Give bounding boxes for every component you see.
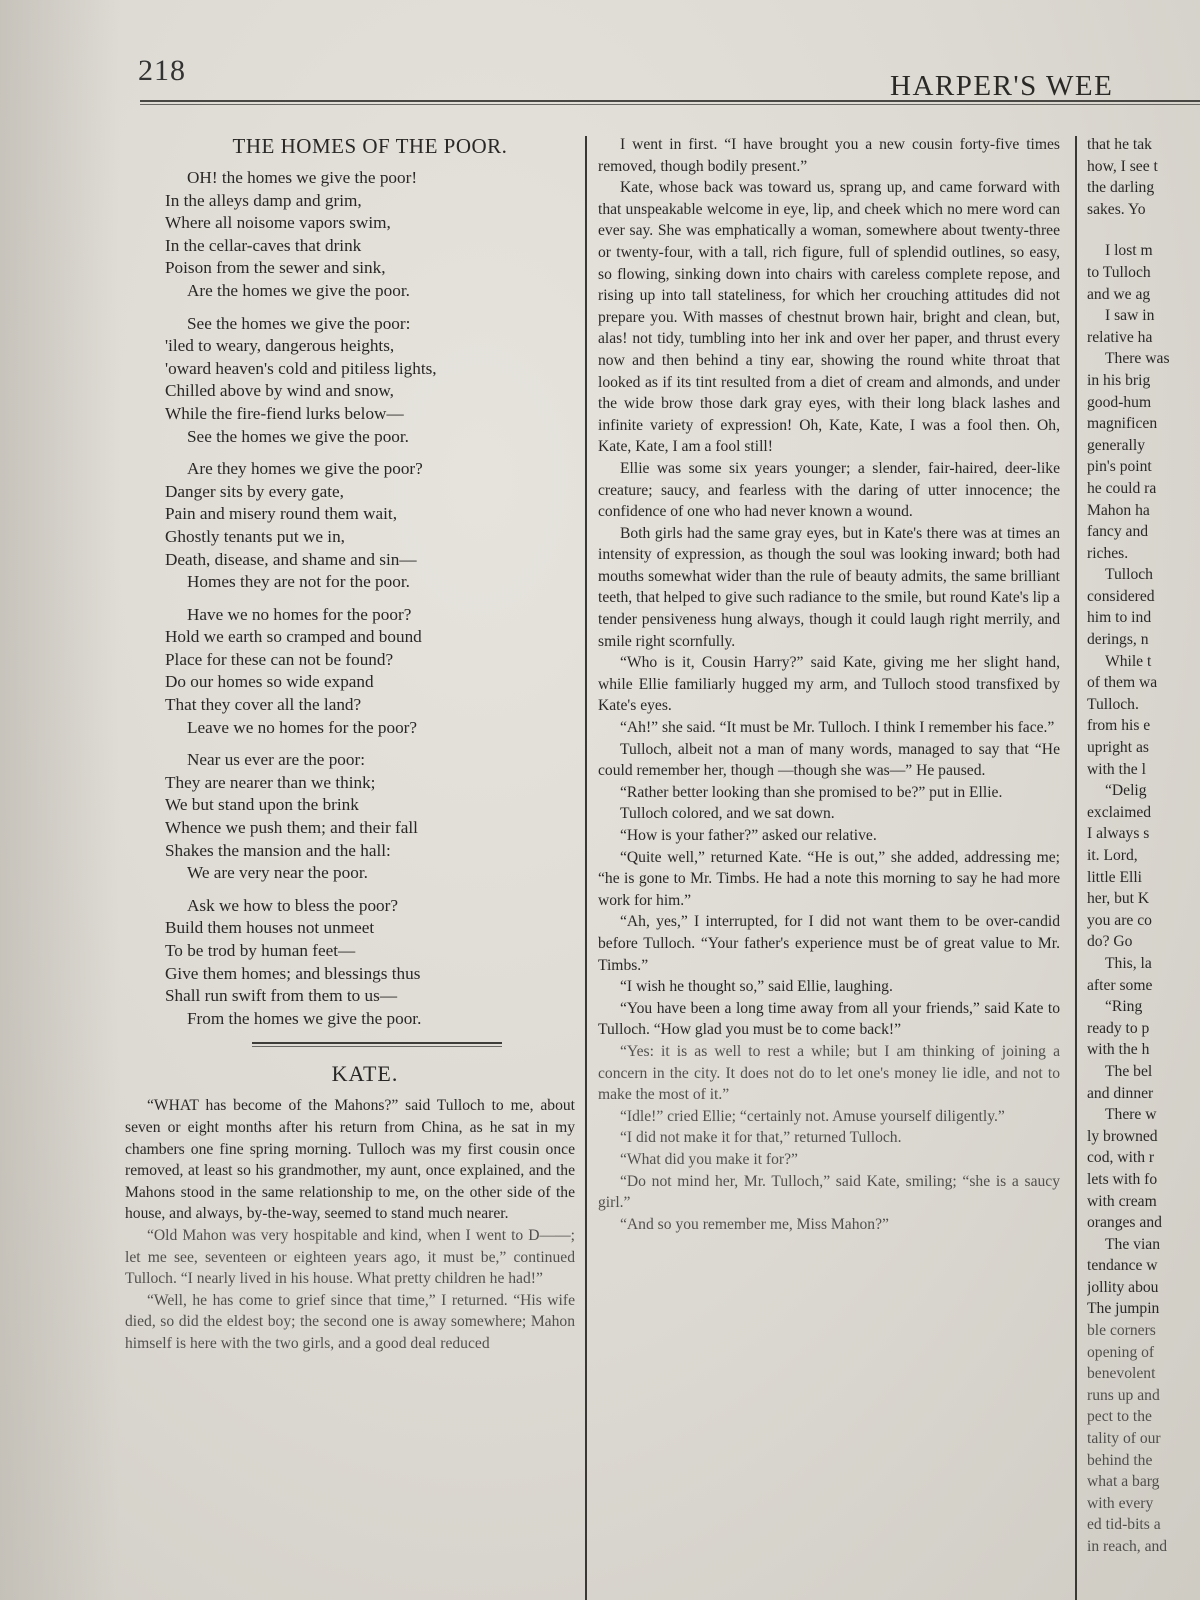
paragraph: “Who is it, Cousin Harry?” said Kate, gi… — [598, 652, 1060, 717]
truncated-line: exclaimed — [1087, 802, 1200, 824]
poem-line: Do our homes so wide expand — [165, 671, 575, 694]
truncated-line: ble corners — [1087, 1320, 1200, 1342]
right-column: that he takhow, I see tthe darlingsakes.… — [1087, 134, 1200, 1558]
truncated-line: oranges and — [1087, 1212, 1200, 1234]
poem-line: In the cellar-caves that drink — [165, 235, 575, 258]
page-edge-shadow — [0, 0, 120, 1600]
truncated-line: lets with fo — [1087, 1169, 1200, 1191]
truncated-line: jollity abou — [1087, 1277, 1200, 1299]
poem-line: Chilled above by wind and snow, — [165, 380, 575, 403]
truncated-line: what a barg — [1087, 1471, 1200, 1493]
truncated-line: I lost m — [1087, 240, 1200, 262]
poem-stanza: Near us ever are the poor:They are neare… — [165, 749, 575, 885]
truncated-line: do? Go — [1087, 931, 1200, 953]
poem-line: Are they homes we give the poor? — [165, 458, 575, 481]
paragraph: Kate, whose back was toward us, sprang u… — [598, 177, 1060, 458]
story-text-left: “WHAT has become of the Mahons?” said Tu… — [125, 1095, 575, 1354]
poem-line: We but stand upon the brink — [165, 794, 575, 817]
section-divider — [252, 1042, 502, 1047]
truncated-line: with every — [1087, 1493, 1200, 1515]
paragraph: “What did you make it for?” — [598, 1149, 1060, 1171]
paragraph: “Yes: it is as well to rest a while; but… — [598, 1041, 1060, 1106]
truncated-line: upright as — [1087, 737, 1200, 759]
poem-line: 'oward heaven's cold and pitiless lights… — [165, 358, 575, 381]
truncated-line: While t — [1087, 651, 1200, 673]
paragraph: Tulloch, albeit not a man of many words,… — [598, 739, 1060, 782]
poem-line: Leave we no homes for the poor? — [165, 717, 575, 740]
truncated-line: sakes. Yo — [1087, 199, 1200, 221]
poem-line: Are the homes we give the poor. — [165, 280, 575, 303]
truncated-line: I saw in — [1087, 305, 1200, 327]
paragraph: I went in first. “I have brought you a n… — [598, 134, 1060, 177]
truncated-line: that he tak — [1087, 134, 1200, 156]
poem-line: Have we no homes for the poor? — [165, 604, 575, 627]
poem-line: We are very near the poor. — [165, 862, 575, 885]
paragraph: “Rather better looking than she promised… — [598, 782, 1060, 804]
poem-stanza: Have we no homes for the poor?Hold we ea… — [165, 604, 575, 740]
poem-line: Poison from the sewer and sink, — [165, 257, 575, 280]
truncated-line: The bel — [1087, 1061, 1200, 1083]
truncated-line: considered — [1087, 586, 1200, 608]
truncated-line: with the l — [1087, 759, 1200, 781]
poem-line: That they cover all the land? — [165, 694, 575, 717]
poem-line: In the alleys damp and grim, — [165, 190, 575, 213]
truncated-line: runs up and — [1087, 1385, 1200, 1407]
header-rule-secondary — [140, 104, 1200, 105]
truncated-line: how, I see t — [1087, 156, 1200, 178]
truncated-line: with the h — [1087, 1039, 1200, 1061]
poem-line: From the homes we give the poor. — [165, 1008, 575, 1031]
truncated-line: in his brig — [1087, 370, 1200, 392]
paragraph: “WHAT has become of the Mahons?” said Tu… — [125, 1095, 575, 1225]
poem-line: To be trod by human feet— — [165, 940, 575, 963]
poem-line: Hold we earth so cramped and bound — [165, 626, 575, 649]
poem-line: See the homes we give the poor: — [165, 313, 575, 336]
truncated-line: in reach, and — [1087, 1536, 1200, 1558]
paragraph: “Quite well,” returned Kate. “He is out,… — [598, 847, 1060, 912]
truncated-line: him to ind — [1087, 607, 1200, 629]
left-column: THE HOMES OF THE POOR. OH! the homes we … — [145, 130, 575, 1355]
truncated-line: magnificen — [1087, 413, 1200, 435]
truncated-line: her, but K — [1087, 888, 1200, 910]
poem-stanza: Ask we how to bless the poor?Build them … — [165, 895, 575, 1031]
paragraph: “Ah, yes,” I interrupted, for I did not … — [598, 911, 1060, 976]
poem-title: THE HOMES OF THE POOR. — [165, 134, 575, 159]
paragraph: “I did not make it for that,” returned T… — [598, 1127, 1060, 1149]
poem-line: Danger sits by every gate, — [165, 481, 575, 504]
poem-line: Homes they are not for the poor. — [165, 571, 575, 594]
truncated-line: cod, with r — [1087, 1147, 1200, 1169]
truncated-line: Tulloch. — [1087, 694, 1200, 716]
paragraph: “Idle!” cried Ellie; “certainly not. Amu… — [598, 1106, 1060, 1128]
paragraph: “Ah!” she said. “It must be Mr. Tulloch.… — [598, 717, 1060, 739]
page-number: 218 — [138, 54, 186, 88]
truncated-line: pin's point — [1087, 456, 1200, 478]
truncated-line: riches. — [1087, 543, 1200, 565]
paragraph: “And so you remember me, Miss Mahon?” — [598, 1214, 1060, 1236]
poem-line: Where all noisome vapors swim, — [165, 212, 575, 235]
column-divider — [1075, 136, 1077, 1600]
paragraph: “I wish he thought so,” said Ellie, laug… — [598, 976, 1060, 998]
truncated-line: it. Lord, — [1087, 845, 1200, 867]
paragraph: “Well, he has come to grief since that t… — [125, 1290, 575, 1355]
poem-line: See the homes we give the poor. — [165, 426, 575, 449]
poem-line: Whence we push them; and their fall — [165, 817, 575, 840]
poem-line: Near us ever are the poor: — [165, 749, 575, 772]
truncated-line: benevolent — [1087, 1363, 1200, 1385]
truncated-line: The vian — [1087, 1234, 1200, 1256]
truncated-line: from his e — [1087, 715, 1200, 737]
truncated-line: “Delig — [1087, 780, 1200, 802]
truncated-line: generally — [1087, 435, 1200, 457]
truncated-line: Tulloch — [1087, 564, 1200, 586]
truncated-line: opening of — [1087, 1342, 1200, 1364]
poem-line: While the fire-fiend lurks below— — [165, 403, 575, 426]
paragraph: Ellie was some six years younger; a slen… — [598, 458, 1060, 523]
truncated-line: with cream — [1087, 1191, 1200, 1213]
truncated-line: The jumpin — [1087, 1298, 1200, 1320]
poem-stanza: See the homes we give the poor:'iled to … — [165, 313, 575, 449]
truncated-line: the darling — [1087, 177, 1200, 199]
truncated-line: of them wa — [1087, 672, 1200, 694]
truncated-line: little Elli — [1087, 867, 1200, 889]
paragraph: “How is your father?” asked our relative… — [598, 825, 1060, 847]
poem-line: Death, disease, and shame and sin— — [165, 549, 575, 572]
truncated-line: I always s — [1087, 823, 1200, 845]
poem-line: Shakes the mansion and the hall: — [165, 840, 575, 863]
paragraph: “Do not mind her, Mr. Tulloch,” said Kat… — [598, 1171, 1060, 1214]
poem-line: They are nearer than we think; — [165, 772, 575, 795]
truncated-line: “Ring — [1087, 996, 1200, 1018]
paragraph: “Old Mahon was very hospitable and kind,… — [125, 1225, 575, 1290]
newspaper-page: 218 HARPER'S WEE THE HOMES OF THE POOR. … — [0, 0, 1200, 1600]
truncated-line: after some — [1087, 975, 1200, 997]
poem-line: Ask we how to bless the poor? — [165, 895, 575, 918]
truncated-line: he could ra — [1087, 478, 1200, 500]
truncated-line: to Tulloch — [1087, 262, 1200, 284]
poem-line: Shall run swift from them to us— — [165, 985, 575, 1008]
paragraph: Both girls had the same gray eyes, but i… — [598, 523, 1060, 653]
truncated-line: There was — [1087, 348, 1200, 370]
poem-line: Build them houses not unmeet — [165, 917, 575, 940]
poem-line: OH! the homes we give the poor! — [165, 167, 575, 190]
poem-line: Give them homes; and blessings thus — [165, 963, 575, 986]
truncated-line: ed tid-bits a — [1087, 1514, 1200, 1536]
middle-column: I went in first. “I have brought you a n… — [598, 134, 1060, 1235]
paragraph: “You have been a long time away from all… — [598, 998, 1060, 1041]
poem-line: Pain and misery round them wait, — [165, 503, 575, 526]
truncated-line: tendance w — [1087, 1255, 1200, 1277]
truncated-line: pect to the — [1087, 1406, 1200, 1428]
story-title: KATE. — [155, 1061, 575, 1087]
truncated-line: relative ha — [1087, 327, 1200, 349]
truncated-line: ready to p — [1087, 1018, 1200, 1040]
truncated-line: and we ag — [1087, 284, 1200, 306]
truncated-line: Mahon ha — [1087, 500, 1200, 522]
poem-line: Ghostly tenants put we in, — [165, 526, 575, 549]
truncated-line: tality of our — [1087, 1428, 1200, 1450]
truncated-line: behind the — [1087, 1450, 1200, 1472]
poem-stanza: Are they homes we give the poor?Danger s… — [165, 458, 575, 594]
poem-stanza: OH! the homes we give the poor!In the al… — [165, 167, 575, 303]
truncated-line: and dinner — [1087, 1083, 1200, 1105]
truncated-line: good-hum — [1087, 392, 1200, 414]
poem-line: 'iled to weary, dangerous heights, — [165, 335, 575, 358]
masthead-title: HARPER'S WEE — [890, 70, 1113, 103]
truncated-line: There w — [1087, 1104, 1200, 1126]
truncated-line: ly browned — [1087, 1126, 1200, 1148]
paragraph: Tulloch colored, and we sat down. — [598, 803, 1060, 825]
column-divider — [585, 136, 587, 1600]
truncated-line: fancy and — [1087, 521, 1200, 543]
poem-line: Place for these can not be found? — [165, 649, 575, 672]
header-rule — [140, 100, 1200, 102]
truncated-line: This, la — [1087, 953, 1200, 975]
truncated-line: derings, n — [1087, 629, 1200, 651]
truncated-line — [1087, 220, 1200, 240]
poem-body: OH! the homes we give the poor!In the al… — [145, 167, 575, 1030]
truncated-line: you are co — [1087, 910, 1200, 932]
